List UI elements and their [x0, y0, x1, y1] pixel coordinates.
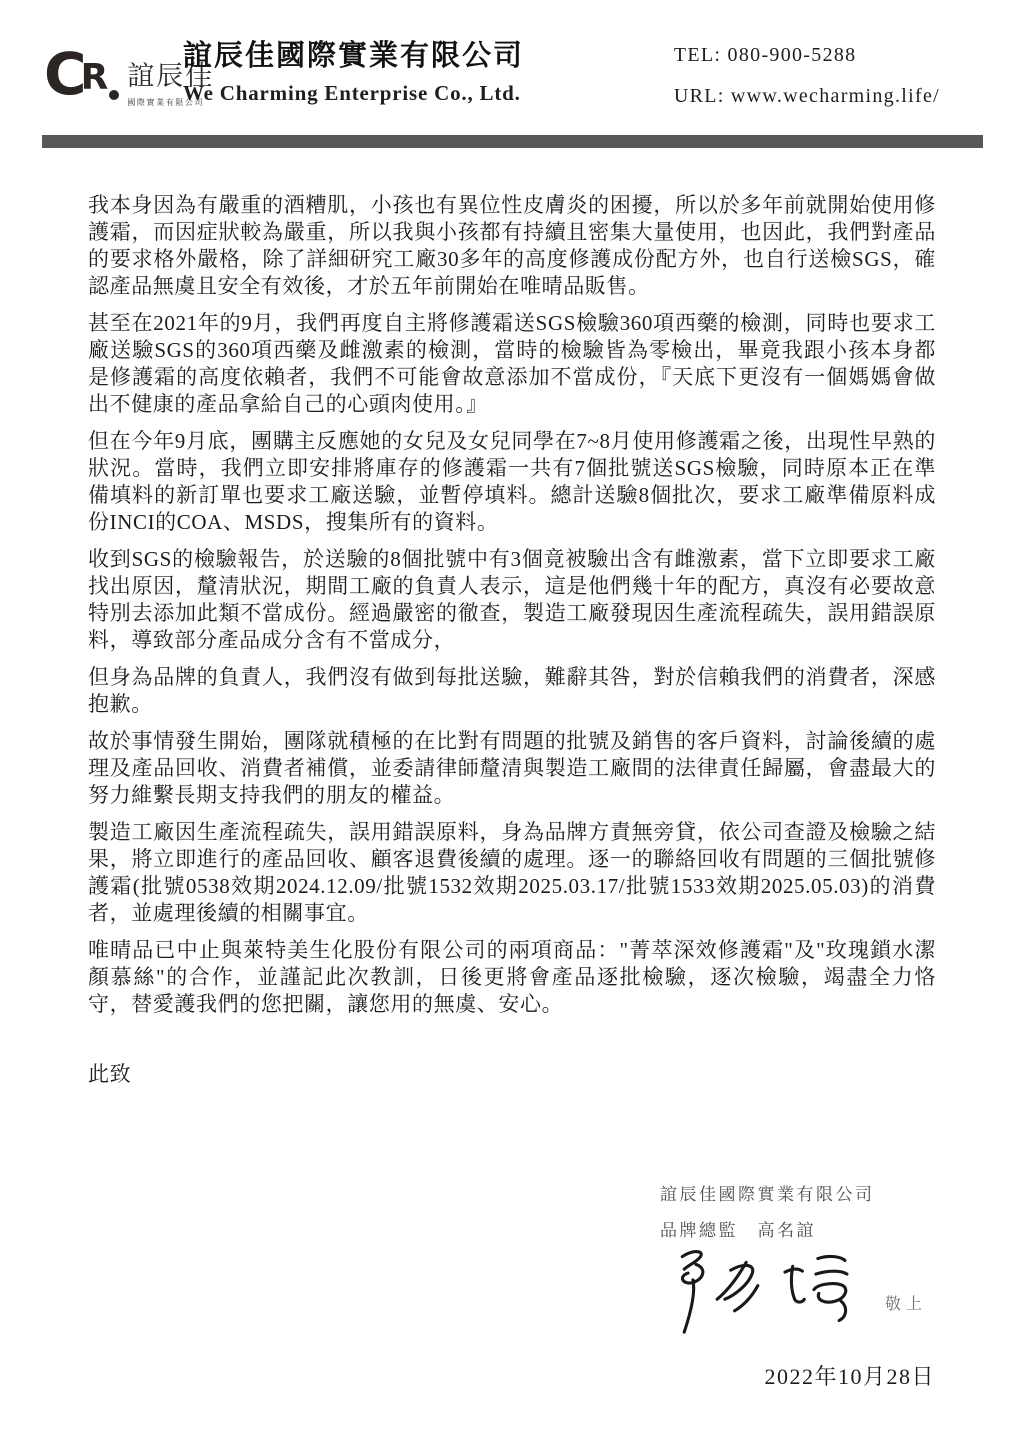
- handwritten-signature-icon: [660, 1245, 875, 1337]
- logo-letter-c: C: [44, 50, 85, 99]
- signature-row: 敬上: [660, 1245, 927, 1337]
- body-paragraph: 但在今年9月底，團購主反應她的女兒及女兒同學在7~8月使用修護霜之後，出現性早熟…: [88, 428, 936, 536]
- body-paragraph: 製造工廠因生產流程疏失，誤用錯誤原料，身為品牌方責無旁貸，依公司查證及檢驗之結果…: [88, 819, 936, 927]
- tel-line: TEL: 080-900-5288: [674, 44, 940, 67]
- body-paragraph: 收到SGS的檢驗報告，於送驗的8個批號中有3個竟被驗出含有雌激素，當下立即要求工…: [88, 546, 936, 654]
- logo-dot: [109, 90, 119, 100]
- respect-closing: 敬上: [885, 1291, 927, 1314]
- header-divider-bar: [42, 135, 983, 148]
- letter-body: 我本身因為有嚴重的酒糟肌，小孩也有異位性皮膚炎的困擾，所以於多年前就開始使用修護…: [88, 192, 936, 1098]
- url-line: URL: www.wecharming.life/: [674, 85, 940, 108]
- letter-date: 2022年10月28日: [764, 1360, 935, 1391]
- cr-logo-mark: C R: [44, 50, 119, 100]
- signature-block: 誼辰佳國際實業有限公司 品牌總監 高名誼 敬上: [660, 1180, 927, 1337]
- letter-page: C R 誼辰佳 國際實業有限公司 誼辰佳國際實業有限公司 We Charming…: [0, 0, 1024, 1449]
- body-paragraph: 我本身因為有嚴重的酒糟肌，小孩也有異位性皮膚炎的困擾，所以於多年前就開始使用修護…: [88, 192, 936, 300]
- letterhead: C R 誼辰佳 國際實業有限公司 誼辰佳國際實業有限公司 We Charming…: [42, 40, 982, 132]
- body-paragraph: 唯晴品已中止與萊特美生化股份有限公司的兩項商品："菁萃深效修護霜"及"玫瑰鎖水潔…: [88, 937, 936, 1018]
- signature-company: 誼辰佳國際實業有限公司: [660, 1180, 927, 1205]
- body-paragraph: 甚至在2021年的9月，我們再度自主將修護霜送SGS檢驗360項西藥的檢測，同時…: [88, 310, 936, 418]
- company-name-en: We Charming Enterprise Co., Ltd.: [183, 81, 524, 106]
- contact-block: TEL: 080-900-5288 URL: www.wecharming.li…: [674, 44, 940, 108]
- body-paragraph: 但身為品牌的負責人，我們沒有做到每批送驗，難辭其咎，對於信賴我們的消費者，深感抱…: [88, 664, 936, 718]
- signature-title-name: 品牌總監 高名誼: [660, 1216, 927, 1241]
- body-paragraph: 故於事情發生開始，團隊就積極的在比對有問題的批號及銷售的客戶資料，討論後續的處理…: [88, 728, 936, 809]
- logo-letter-r: R: [81, 60, 109, 96]
- company-name-block: 誼辰佳國際實業有限公司 We Charming Enterprise Co., …: [183, 40, 524, 106]
- closing-salutation: 此致: [88, 1061, 936, 1088]
- company-name-zh: 誼辰佳國際實業有限公司: [183, 40, 524, 73]
